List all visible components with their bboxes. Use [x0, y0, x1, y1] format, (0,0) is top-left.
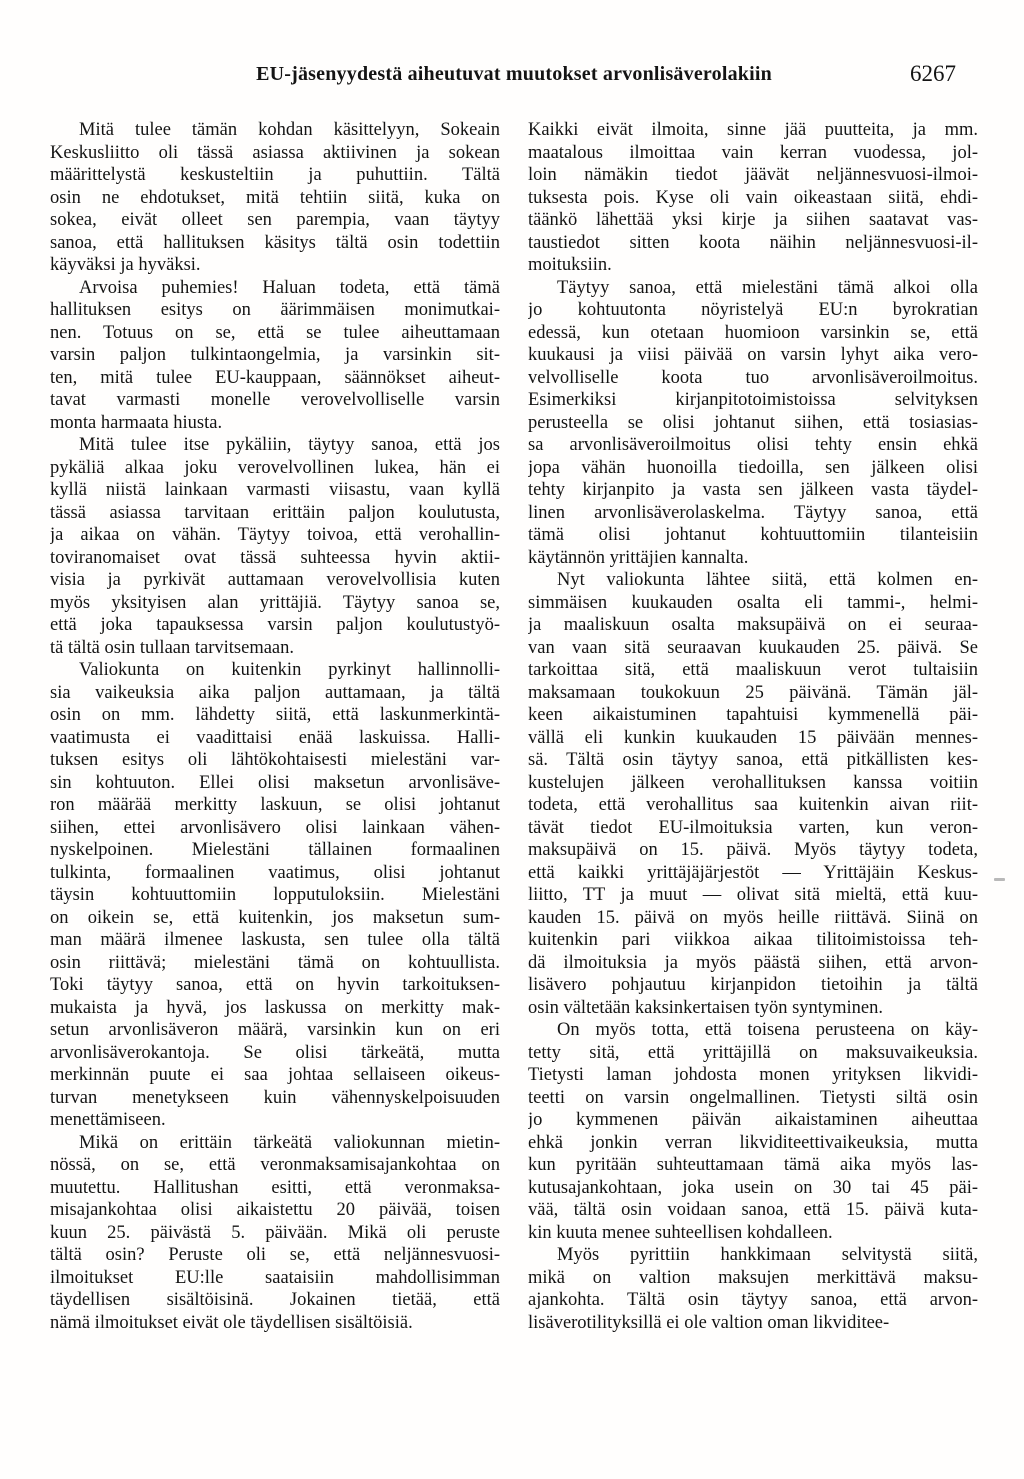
text-line: nyskelpoinen. Mielestäni tällainen forma…: [50, 839, 500, 862]
paragraph: Myös pyrittiin hankkimaan selvitystä sii…: [528, 1244, 978, 1334]
text-line: nössä, on se, että veronmaksamisajankoht…: [50, 1154, 500, 1177]
text-line: perusteella se olisi johtanut siihen, et…: [528, 412, 978, 435]
text-line: tavat varmasti monelle verovelvolliselle…: [50, 389, 500, 412]
text-line: osin ne ehdotukset, mitä tehtiin siitä, …: [50, 187, 500, 210]
text-line: täänkö lähettää yksi kirje ja siihen saa…: [528, 209, 978, 232]
paragraph: Täytyy sanoa, että mielestäni tämä alkoi…: [528, 277, 978, 570]
text-line: jopa vähän huonoilla tiedoilla, sen jälk…: [528, 457, 978, 480]
text-line: jo kohtuutonta nöyristelyä EU:n byrokrat…: [528, 299, 978, 322]
text-line: Nyt valiokunta lähtee siitä, että kolmen…: [528, 569, 978, 592]
text-line: man määrä ilmenee laskusta, sen tulee ol…: [50, 929, 500, 952]
text-line: kin kuuta menee suhteellisen kohdalleen.: [528, 1222, 978, 1245]
text-line: käyväksi ja hyväksi.: [50, 254, 500, 277]
text-line: kuun 25. päivästä 5. päivään. Mikä oli p…: [50, 1222, 500, 1245]
text-line: turvan menetykseen kuin vähennyskelpoisu…: [50, 1087, 500, 1110]
text-line: osin vältetään kaksinkertaisen työn synt…: [528, 997, 978, 1020]
text-line: nämä ilmoitukset eivät ole täydellisen s…: [50, 1312, 500, 1335]
text-line: velvolliselle koota tuo arvonlisäveroilm…: [528, 367, 978, 390]
text-line: varsin paljon tulkintaongelmia, ja varsi…: [50, 344, 500, 367]
text-line: mikä on valtion maksujen merkittävä maks…: [528, 1267, 978, 1290]
text-line: todeta, että verohallitus saa kuitenkin …: [528, 794, 978, 817]
paragraph: Kaikki eivät ilmoita, sinne jää puutteit…: [528, 119, 978, 277]
text-line: linen arvonlisäverolaskelma. Täytyy sano…: [528, 502, 978, 525]
text-line: kuitenkin pari viikkoa aikaa tilitoimist…: [528, 929, 978, 952]
text-line: nen. Totuus on se, että se tulee aiheutt…: [50, 322, 500, 345]
scan-artifact-mark: [994, 878, 1005, 881]
paragraph: Nyt valiokunta lähtee siitä, että kolmen…: [528, 569, 978, 1019]
text-line: misajankohtaa olisi aikaistettu 20 päivä…: [50, 1199, 500, 1222]
text-line: tuksesta pois. Kyse oli vain oikeastaan …: [528, 187, 978, 210]
text-line: Mitä tulee tämän kohdan käsittelyyn, Sok…: [50, 119, 500, 142]
text-line: taustiedot sitten koota näihin neljännes…: [528, 232, 978, 255]
text-line: Toki täytyy sanoa, että on hyvin tarkoit…: [50, 974, 500, 997]
text-line: on oikein se, että kuitenkin, jos makset…: [50, 907, 500, 930]
text-line: keen aikaistuminen tapahtuisi kymmenellä…: [528, 704, 978, 727]
text-line: Esimerkiksi kirjanpitotoimistoissa selvi…: [528, 389, 978, 412]
text-line: että kaikki yrittäjäjärjestöt — Yrittäjä…: [528, 862, 978, 885]
text-line: että joka tapauksessa varsin paljon koul…: [50, 614, 500, 637]
paragraph: Arvoisa puhemies! Haluan todeta, että tä…: [50, 277, 500, 435]
text-line: lisäverotilityksillä ei ole valtion oman…: [528, 1312, 978, 1335]
text-line: maksamaan toukokuun 25 päivänä. Tämän jä…: [528, 682, 978, 705]
text-line: Mikä on erittäin tärkeätä valiokunnan mi…: [50, 1132, 500, 1155]
text-line: käytännön yrittäjien kannalta.: [528, 547, 978, 570]
right-column: Kaikki eivät ilmoita, sinne jää puutteit…: [528, 119, 978, 1334]
text-line: täydellisen sisältöisinä. Jokainen tietä…: [50, 1289, 500, 1312]
text-line: kustelujen jälkeen verohallituksen kanss…: [528, 772, 978, 795]
text-line: ja aikaa on vähän. Täytyy toivoa, että v…: [50, 524, 500, 547]
text-line: mukaista ja hyvä, jos laskussa on merkit…: [50, 997, 500, 1020]
text-line: toviranomaiset ovat tässä suhteessa hyvi…: [50, 547, 500, 570]
text-line: tässä asiassa tarvitaan erittäin paljon …: [50, 502, 500, 525]
text-line: täysin kohtuuttomiin lopputuloksiin. Mie…: [50, 884, 500, 907]
text-line: sin kohtuuton. Ellei olisi maksetun arvo…: [50, 772, 500, 795]
text-line: menettämiseen.: [50, 1109, 500, 1132]
paragraph: On myös totta, että toisena perusteena o…: [528, 1019, 978, 1244]
text-line: lisävero pohjautuu kirjanpidon tietoihin…: [528, 974, 978, 997]
page-number: 6267: [910, 61, 956, 87]
text-line: moituksiin.: [528, 254, 978, 277]
text-line: kutusajankohtaan, joka usein on 30 tai 4…: [528, 1177, 978, 1200]
text-line: jo kymmenen päivän aikaistaminen aiheutt…: [528, 1109, 978, 1132]
paragraph: Mitä tulee itse pykäliin, täytyy sanoa, …: [50, 434, 500, 659]
text-line: ehkä jonkin verran likviditeettivaikeuks…: [528, 1132, 978, 1155]
text-line: edessä, kun otetaan huomioon varsinkin s…: [528, 322, 978, 345]
text-line: osin riittävä; mielestäni tämä on kohtuu…: [50, 952, 500, 975]
text-line: määrittelystä keskusteltiin ja puhuttiin…: [50, 164, 500, 187]
text-line: Kaikki eivät ilmoita, sinne jää puutteit…: [528, 119, 978, 142]
paragraph: Mitä tulee tämän kohdan käsittelyyn, Sok…: [50, 119, 500, 277]
text-line: ajankohta. Tältä osin täytyy sanoa, että…: [528, 1289, 978, 1312]
text-line: tulkinta, formaalinen vaatimus, olisi jo…: [50, 862, 500, 885]
text-line: dä ilmoituksia ja myös päästä siihen, et…: [528, 952, 978, 975]
text-line: visia ja pyrkivät auttamaan verovelvolli…: [50, 569, 500, 592]
text-line: monta harmaata hiusta.: [50, 412, 500, 435]
text-line: Keskusliitto oli tässä asiassa aktiivine…: [50, 142, 500, 165]
text-line: maksupäivä on 15. päivä. Myös täytyy tod…: [528, 839, 978, 862]
text-line: Valiokunta on kuitenkin pyrkinyt hallinn…: [50, 659, 500, 682]
text-line: myös yksityisen alan yrittäjiä. Täytyy s…: [50, 592, 500, 615]
left-column: Mitä tulee tämän kohdan käsittelyyn, Sok…: [50, 119, 500, 1334]
text-line: Tietysti laman johdosta monen yrityksen …: [528, 1064, 978, 1087]
text-line: tetty sitä, että yrittäjillä on maksuvai…: [528, 1042, 978, 1065]
text-line: hallituksen esitys on äärimmäisen monimu…: [50, 299, 500, 322]
text-line: Arvoisa puhemies! Haluan todeta, että tä…: [50, 277, 500, 300]
text-line: osin on mm. lähdetty siitä, että laskunm…: [50, 704, 500, 727]
text-line: tä tältä osin tullaan tarvitsemaan.: [50, 637, 500, 660]
text-line: simmäisen kuukauden osalta eli tammi-, h…: [528, 592, 978, 615]
text-line: tehty kirjanpito ja vasta sen jälkeen va…: [528, 479, 978, 502]
text-line: Myös pyrittiin hankkimaan selvitystä sii…: [528, 1244, 978, 1267]
text-line: vällä eli kunkin kuukauden 15 päivään me…: [528, 727, 978, 750]
text-line: ja maaliskuun osalta maksupäivä on ei se…: [528, 614, 978, 637]
text-line: sanoa, että hallituksen käsitys tältä os…: [50, 232, 500, 255]
text-line: ron määrää merkitty laskuun, se olisi jo…: [50, 794, 500, 817]
text-columns: Mitä tulee tämän kohdan käsittelyyn, Sok…: [50, 119, 978, 1334]
text-line: maatalous ilmoittaa vain kerran vuodessa…: [528, 142, 978, 165]
text-line: kyllä niistä lainkaan varmasti viisastu,…: [50, 479, 500, 502]
text-line: kun pyritään suhteuttamaan tämä aika myö…: [528, 1154, 978, 1177]
text-line: pykäliä alkaa joku verovelvollinen lukea…: [50, 457, 500, 480]
text-line: tuksen esitys oli lähtökohtaisesti miele…: [50, 749, 500, 772]
paragraph: Valiokunta on kuitenkin pyrkinyt hallinn…: [50, 659, 500, 1132]
text-line: merkinnän puute ei saa johtaa sellaiseen…: [50, 1064, 500, 1087]
text-line: setun arvonlisäveron määrä, varsinkin ku…: [50, 1019, 500, 1042]
text-line: van vaan sitä seuraavan kuukauden 25. pä…: [528, 637, 978, 660]
text-line: vää, tältä osin voidaan sanoa, että 15. …: [528, 1199, 978, 1222]
text-line: teetti on varsin ongelmallinen. Tietysti…: [528, 1087, 978, 1110]
text-line: Mitä tulee itse pykäliin, täytyy sanoa, …: [50, 434, 500, 457]
text-line: sokea, eivät olleet sen parempia, vaan t…: [50, 209, 500, 232]
text-line: ilmoitukset EU:lle saataisiin mahdollisi…: [50, 1267, 500, 1290]
text-line: liitto, TT ja muut — olivat sitä mieltä,…: [528, 884, 978, 907]
text-line: sä. Tältä osin täytyy sanoa, että pitkäl…: [528, 749, 978, 772]
text-line: tältä osin? Peruste oli se, että neljänn…: [50, 1244, 500, 1267]
text-line: loin nämäkin tiedot jäävät neljännesvuos…: [528, 164, 978, 187]
text-line: siihen, ettei arvonlisävero olisi lainka…: [50, 817, 500, 840]
text-line: On myös totta, että toisena perusteena o…: [528, 1019, 978, 1042]
page-title: EU-jäsenyydestä aiheutuvat muutokset arv…: [50, 63, 978, 86]
text-line: muutettu. Hallitushan esitti, että veron…: [50, 1177, 500, 1200]
text-line: vaatimusta ei vaadittaisi enää laskuissa…: [50, 727, 500, 750]
paragraph: Mikä on erittäin tärkeätä valiokunnan mi…: [50, 1132, 500, 1335]
text-line: tarkoittaa sitä, että maaliskuun verot t…: [528, 659, 978, 682]
text-line: tämä olisi johtanut kohtuuttomiin tilant…: [528, 524, 978, 547]
text-line: tävät tiedot EU-ilmoituksia varten, kun …: [528, 817, 978, 840]
text-line: ten, mitä tulee EU-kauppaan, säännökset …: [50, 367, 500, 390]
text-line: kauden 15. päivä on myös heille riittävä…: [528, 907, 978, 930]
page-header: EU-jäsenyydestä aiheutuvat muutokset arv…: [50, 63, 978, 91]
text-line: arvonlisäverokantoja. Se olisi tärkeätä,…: [50, 1042, 500, 1065]
text-line: sia vaikeuksia aika paljon auttamaan, ja…: [50, 682, 500, 705]
text-line: kuukausi ja viisi päivää on varsin lyhyt…: [528, 344, 978, 367]
text-line: Täytyy sanoa, että mielestäni tämä alkoi…: [528, 277, 978, 300]
text-line: sa arvonlisäveroilmoitus olisi tehty ens…: [528, 434, 978, 457]
document-page: EU-jäsenyydestä aiheutuvat muutokset arv…: [0, 0, 1024, 1479]
